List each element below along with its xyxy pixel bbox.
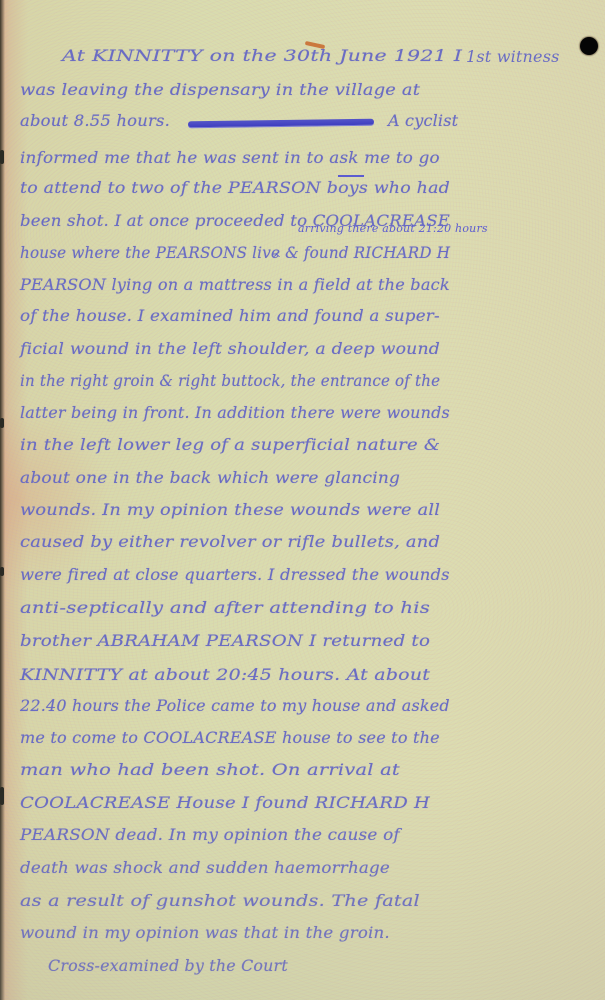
handwritten-line: COOLACREASE House I found RICHARD H [20,795,430,811]
document-page: 1st witness arriving there about 21:20 h… [0,0,605,1000]
punch-hole [580,37,598,55]
edge-mark [0,787,4,805]
handwritten-line: house where the PEARSONS live & found RI… [20,245,450,261]
handwritten-line: about 8.55 hours. [20,113,170,129]
handwritten-line: caused by either revolver or rifle bulle… [20,534,440,550]
handwritten-line: KINNITTY at about 20:45 hours. At about [20,667,430,683]
handwritten-line: brother ABRAHAM PEARSON I returned to [20,633,430,649]
struck-through-text [188,119,374,128]
handwritten-line: in the left lower leg of a superficial n… [20,437,440,453]
handwritten-line: wound in my opinion was that in the groi… [20,925,390,941]
handwritten-line: were fired at close quarters. I dressed … [20,567,450,583]
handwritten-line: man who had been shot. On arrival at [20,762,400,778]
handwritten-line: PEARSON dead. In my opinion the cause of [20,827,400,843]
handwritten-line: was leaving the dispensary in the villag… [20,82,420,98]
handwritten-line-continuation: A cyclist [388,113,458,129]
handwritten-line: of the house. I examined him and found a… [20,308,440,324]
handwritten-line: 22.40 hours the Police came to my house … [20,698,450,714]
handwritten-line: death was shock and sudden haemorrhage [20,860,390,876]
handwritten-line: been shot. I at once proceeded to COOLAC… [20,213,450,229]
handwritten-line: wounds. In my opinion these wounds were … [20,502,440,518]
handwritten-line: latter being in front. In addition there… [20,405,450,421]
edge-mark [0,418,4,428]
handwritten-line: Cross-examined by the Court [48,958,288,974]
handwritten-line: At KINNITTY on the 30th June 1921 I [62,48,462,64]
handwritten-line: anti-septically and after attending to h… [20,600,430,616]
witness-annotation: 1st witness [466,47,560,66]
handwritten-line: me to come to COOLACREASE house to see t… [20,730,440,746]
handwritten-line: informed me that he was sent in to ask m… [20,150,440,166]
handwritten-line: ficial wound in the left shoulder, a dee… [20,341,440,357]
handwritten-line: as a result of gunshot wounds. The fatal [20,893,420,909]
underline-mark [338,175,364,177]
edge-mark [0,150,4,164]
handwritten-line: about one in the back which were glancin… [20,470,400,486]
handwritten-line: PEARSON lying on a mattress in a field a… [20,277,450,293]
handwritten-line: in the right groin & right buttock, the … [20,373,440,389]
handwritten-line: to attend to two of the PEARSON boys who… [20,180,450,196]
edge-mark [0,567,4,576]
